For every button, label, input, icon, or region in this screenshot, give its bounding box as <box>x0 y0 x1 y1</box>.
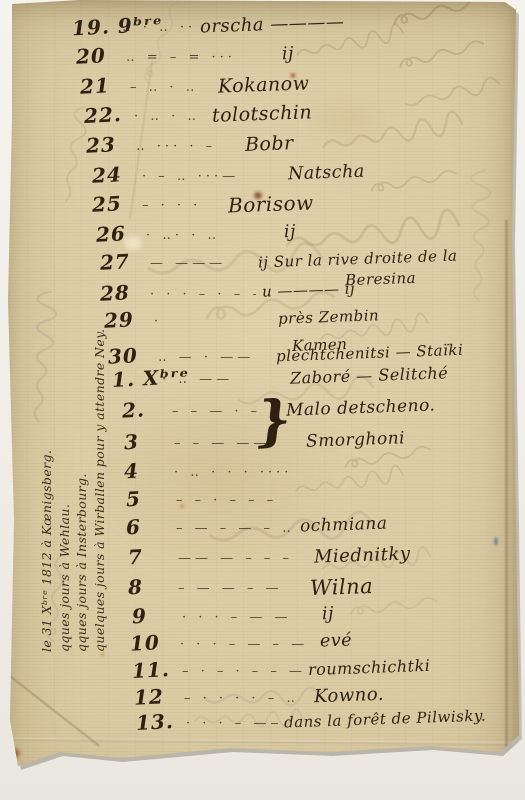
place-name: Zaboré — Selitché <box>290 363 449 388</box>
day-number: 5 <box>125 487 141 512</box>
day-number: 11. <box>131 657 170 683</box>
place-name: Borisow <box>228 191 314 218</box>
day-number: 8 <box>127 575 143 600</box>
leader-dashes: · – ‥ ···— <box>142 169 282 185</box>
day-number: 21 <box>79 73 110 99</box>
day-number: 6 <box>125 515 141 540</box>
margin-note-line: qques jours à Wehlau. <box>56 254 74 652</box>
leader-dashes: – ‥ · ‥ <box>130 80 212 96</box>
leader-dashes: · · · – — — <box>182 610 316 626</box>
leader-dashes: ‥ — · —— <box>158 350 270 366</box>
leader-dashes: · · · – · – — ··· <box>150 287 256 303</box>
day-number: 4 <box>123 459 139 484</box>
leader-dashes: – — — – — <box>178 581 304 597</box>
day-number: 26 <box>95 221 126 247</box>
margin-note-line: le 31 Xᵇʳᵉ 1812 à Kœnigsberg. <box>38 254 56 652</box>
leader-dashes: ‥ = – = ··· <box>126 50 276 66</box>
leader-dashes: – · – · – – —— <box>182 664 302 680</box>
margin-note: le 31 Xᵇʳᵉ 1812 à Kœnigsberg.qques jours… <box>38 254 108 652</box>
leader-dashes: – · · · · – ‥ <box>184 691 308 707</box>
leader-dashes: · <box>154 314 272 330</box>
leader-dashes: – – — —— <box>174 436 300 452</box>
place-name: tolotschin <box>212 101 313 126</box>
manuscript-paper: 19. 9ᵇʳᵉ‥ · ‥ ··orscha ————20‥ = – = ···… <box>0 0 525 800</box>
place-name: ij <box>322 604 335 624</box>
day-number: 25 <box>91 191 122 217</box>
day-number: 22. <box>83 102 122 128</box>
margin-note-line: quelques jours à Wirballen pour y attend… <box>91 254 109 652</box>
leader-dashes: · · · – —— <box>186 716 278 732</box>
place-name: Natscha <box>288 162 365 185</box>
place-name: Malo detscheno. <box>286 395 436 420</box>
leader-dashes: ‥ ··· · – <box>136 139 239 155</box>
place-name: roumschichtki <box>308 656 431 679</box>
place-name-line2: Beresina <box>345 269 417 289</box>
leader-dashes: · ‥ · · · ···· <box>174 465 344 481</box>
day-number: 13. <box>135 709 174 735</box>
day-number: 30 <box>107 343 138 369</box>
leader-dashes: – — – — – ‥ <box>176 521 294 537</box>
scan-background: 19. 9ᵇʳᵉ‥ · ‥ ··orscha ————20‥ = – = ···… <box>0 0 525 800</box>
leader-dashes: · ‥ · ‥ <box>134 109 206 125</box>
place-name: ij <box>282 44 295 64</box>
leader-dashes: – · · · <box>142 198 222 214</box>
place-name: ij Sur la rive droite de la <box>258 247 458 272</box>
place-name: u ———— ij <box>262 279 356 300</box>
place-name: dans la forêt de Pilwisky. <box>284 706 487 731</box>
margin-note-line: qques jours à Insterbourg. <box>73 254 91 652</box>
place-name: Bobr <box>245 132 294 156</box>
place-name: Wilna <box>310 574 374 600</box>
day-number: 9 <box>131 604 147 629</box>
day-number: 12 <box>133 684 164 710</box>
day-number: 7 <box>127 545 143 570</box>
place-name: Kokanow <box>218 72 310 97</box>
leader-dashes: —— — – – – <box>178 551 308 567</box>
place-name: ochmiana <box>300 513 388 536</box>
place-name: Smorghoni <box>306 428 406 451</box>
leader-dashes: – – · – – – <box>176 493 346 509</box>
leader-dashes: ‥ · ‥ ·· <box>122 20 194 36</box>
leader-dashes: · · · – — – — <box>180 637 314 653</box>
day-number: 3 <box>123 430 139 455</box>
place-name: evé <box>320 630 353 651</box>
place-name: ij <box>284 222 297 242</box>
place-name: orscha ———— <box>200 11 345 37</box>
day-number: 23 <box>85 132 116 158</box>
place-name: près Zembin <box>278 306 380 328</box>
place-name: Miednitky <box>314 543 411 567</box>
leader-dashes: · ‥ —— <box>162 372 284 388</box>
leader-dashes: · ‥· · ‥ <box>146 228 278 244</box>
day-number: 2. <box>121 397 145 422</box>
place-name: Kowno. <box>314 684 385 707</box>
day-number: 20 <box>75 43 106 69</box>
leader-dashes: — ——— <box>150 256 252 272</box>
day-number: 10 <box>129 630 160 656</box>
day-number: 24 <box>91 162 122 188</box>
day-number: 29 <box>103 307 134 333</box>
